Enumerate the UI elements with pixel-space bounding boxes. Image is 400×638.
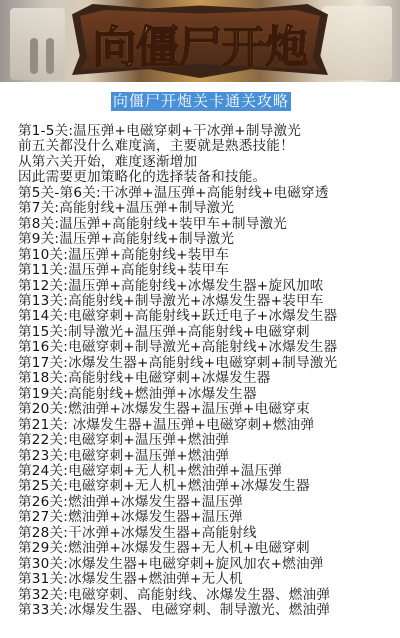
level-line: 第25关:电磁穿刺+无人机+燃油弹+冰爆发生器: [18, 479, 400, 494]
level-line: 第26关:燃油弹+冰爆发生器+温压弹: [18, 495, 400, 510]
level-line: 第22关:电磁穿刺+温压弹+燃油弹: [18, 433, 400, 448]
level-line: 第29关:燃油弹+冰爆发生器+无人机+电磁穿刺: [18, 541, 400, 556]
level-line: 第5关-第6关:干冰弹+温压弹+高能射线+电磁穿透: [18, 186, 400, 201]
game-banner-image: 向僵尸开炮: [0, 0, 400, 82]
level-line: 第12关:温压弹+高能射线+冰爆发生器+旋风加哝: [18, 279, 400, 294]
level-line: 第33关:冰爆发生器、电磁穿刺、制导激光、燃油弹: [18, 603, 400, 618]
guide-subtitle: 向僵尸开炮关卡通关攻略: [111, 92, 291, 111]
level-line: 第9关:温压弹+高能射线+制导激光: [18, 232, 400, 247]
level-line: 第30关:冰爆发生器+电磁穿刺+旋风加农+燃油弹: [18, 557, 400, 572]
level-line: 第19关:高能射线+燃油弹+冰爆发生器: [18, 387, 400, 402]
level-line: 第16关:电磁穿刺+制导激光+高能射线+冰爆发生器: [18, 340, 400, 355]
subtitle-container: 向僵尸开炮关卡通关攻略: [0, 91, 400, 111]
level-line: 第23关:电磁穿刺+温压弹+燃油弹: [18, 449, 400, 464]
guide-line: 前五关都没什么难度滴，主要就是熟悉技能！: [18, 139, 400, 154]
level-line: 第11关:温压弹+高能射线+装甲车: [18, 263, 400, 278]
level-line: 第8关:温压弹+高能射线+装甲车+制导激光: [18, 217, 400, 232]
level-line: 第17关:冰爆发生器+高能射线+电磁穿刺+制导激光: [18, 356, 400, 371]
level-line: 第28关:干冰弹+冰爆发生器+高能射线: [18, 526, 400, 541]
level-line: 第32关:电磁穿刺、高能射线、冰爆发生器、燃油弹: [18, 588, 400, 603]
banner-background-pillar-left: [10, 8, 65, 80]
level-line: 第14关:电磁穿刺+高能射线+跃迁电子+冰爆发生器: [18, 309, 400, 324]
level-line: 第21关: 冰爆发生器+温压弹+电磁穿刺+燃油弹: [18, 418, 400, 433]
game-logo-title: 向僵尸开炮: [72, 8, 328, 78]
level-line: 第20关:燃油弹+冰爆发生器+温压弹+电磁穿束: [18, 402, 400, 417]
level-line: 第10关:温压弹+高能射线+装甲车: [18, 248, 400, 263]
level-line: 第18关:高能射线+电磁穿刺+冰爆发生器: [18, 371, 400, 386]
level-line: 第27关:燃油弹+冰爆发生器+温压弹: [18, 510, 400, 525]
level-line: 第31关:冰爆发生器+燃油弹+无人机: [18, 572, 400, 587]
guide-line: 因此需要更加策略化的选择装备和技能。: [18, 170, 400, 185]
level-line: 第7关:高能射线+温压弹+制导激光: [18, 201, 400, 216]
banner-background-pillar-right: [322, 6, 392, 80]
guide-text-body: 第1-5关:温压弹+电磁穿刺+干冰弹+制导激光 前五关都没什么难度滴，主要就是熟…: [18, 124, 400, 619]
